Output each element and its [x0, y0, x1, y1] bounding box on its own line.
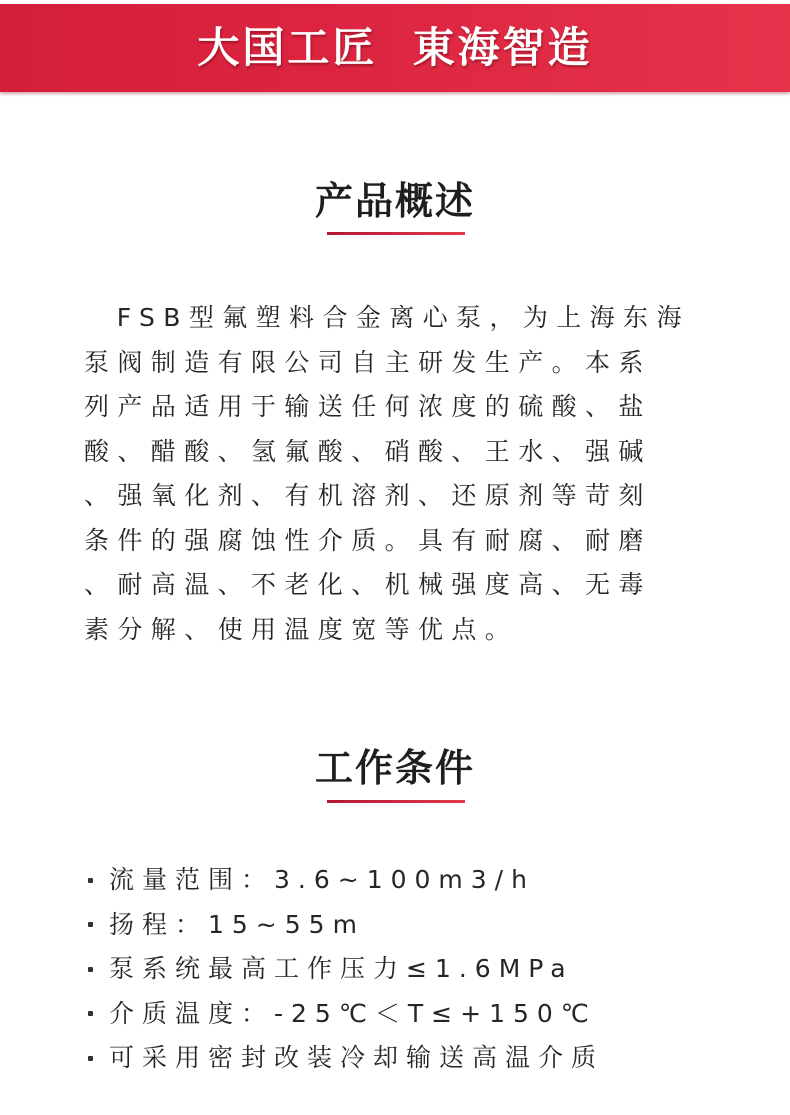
condition-text: 可采用密封改装冷却输送高温介质	[109, 1036, 604, 1081]
paragraph-line: 酸、醋酸、氢氟酸、硝酸、王水、强碱	[84, 430, 714, 475]
paragraph-line: 、耐高温、不老化、机械强度高、无毒	[84, 563, 714, 608]
condition-text: 泵系统最高工作压力≤1.6MPa	[109, 947, 574, 992]
list-item: 可采用密封改装冷却输送高温介质	[84, 1036, 704, 1081]
condition-text: 流量范围：3.6~100m3/h	[109, 858, 535, 903]
bullet-icon	[88, 1056, 93, 1061]
paragraph-line: FSB型氟塑料合金离心泵，为上海东海	[84, 296, 714, 341]
banner-title: 大国工匠 東海智造	[197, 15, 592, 75]
bullet-icon	[88, 922, 93, 927]
condition-text: 扬程：15~55m	[109, 903, 365, 948]
overview-heading-underline	[327, 232, 465, 235]
paragraph-line: 条件的强腐蚀性介质。具有耐腐、耐磨	[84, 519, 714, 564]
list-item: 介质温度：-25℃＜T≤+150℃	[84, 992, 704, 1037]
paragraph-line: 、强氧化剂、有机溶剂、还原剂等苛刻	[84, 474, 714, 519]
list-item: 泵系统最高工作压力≤1.6MPa	[84, 947, 704, 992]
condition-text: 介质温度：-25℃＜T≤+150℃	[109, 992, 597, 1037]
bullet-icon	[88, 967, 93, 972]
overview-heading: 产品概述	[0, 170, 790, 225]
paragraph-line: 列产品适用于输送任何浓度的硫酸、盐	[84, 385, 714, 430]
working-conditions-list: 流量范围：3.6~100m3/h 扬程：15~55m 泵系统最高工作压力≤1.6…	[84, 858, 704, 1081]
paragraph-line: 素分解、使用温度宽等优点。	[84, 608, 714, 653]
working-conditions-heading-underline	[327, 800, 465, 803]
bullet-icon	[88, 878, 93, 883]
working-conditions-heading: 工作条件	[0, 737, 790, 792]
bullet-icon	[88, 1011, 93, 1016]
paragraph-line: 泵阀制造有限公司自主研发生产。本系	[84, 341, 714, 386]
overview-paragraph: FSB型氟塑料合金离心泵，为上海东海 泵阀制造有限公司自主研发生产。本系 列产品…	[84, 296, 714, 652]
list-item: 流量范围：3.6~100m3/h	[84, 858, 704, 903]
brand-banner: 大国工匠 東海智造	[0, 4, 790, 92]
list-item: 扬程：15~55m	[84, 903, 704, 948]
